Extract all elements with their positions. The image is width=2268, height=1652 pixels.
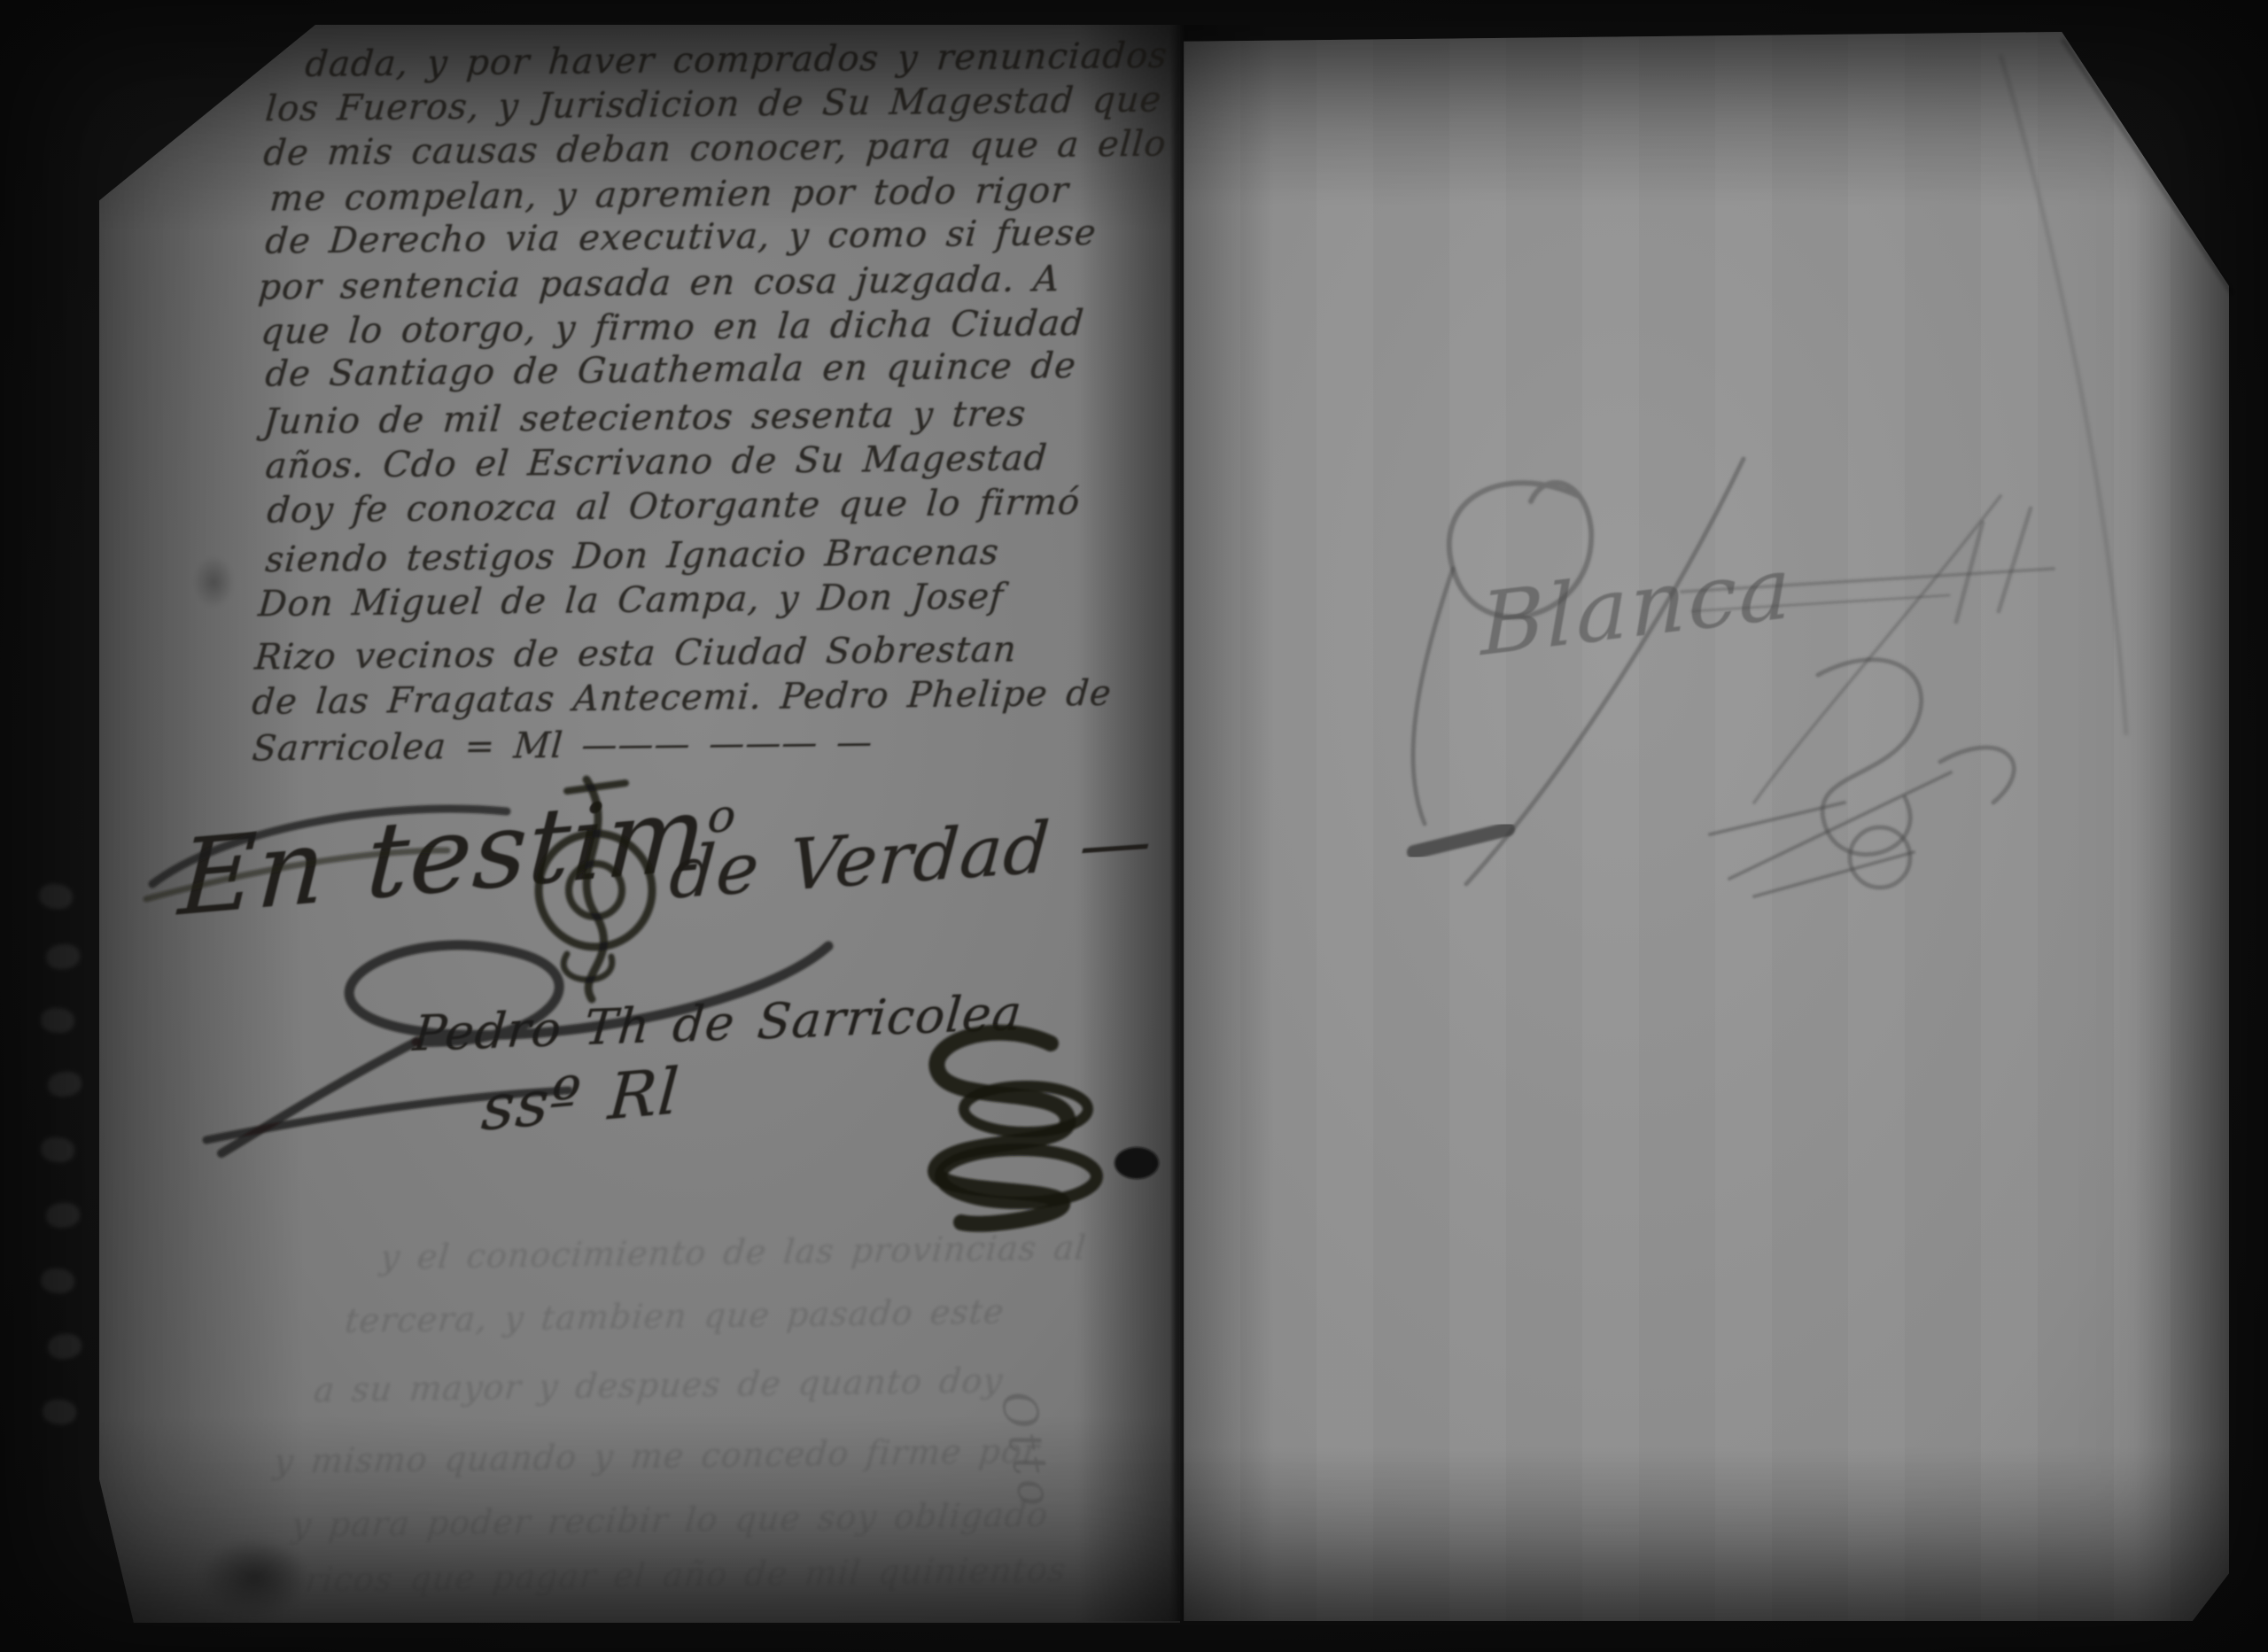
- right-page: [1184, 32, 2229, 1621]
- film-edge-marking: [42, 1398, 77, 1425]
- film-edge-marking: [45, 942, 82, 971]
- film-edge-marking: [46, 1332, 82, 1361]
- manuscript-line: Sarricolea = Ml ——— ——— —: [251, 725, 874, 766]
- manuscript-line: de las Fragatas Antecemi. Pedro Phelipe …: [251, 676, 1113, 720]
- manuscript-line: que lo otorgo, y firmo en la dicha Ciuda…: [260, 306, 1085, 350]
- manuscript-line: de Santiago de Guathemala en quince de: [264, 348, 1077, 392]
- manuscript-line: siendo testigos Don Ignacio Bracenas: [264, 535, 1000, 578]
- microfilm-frame: dada, y por haver comprados y renunciado…: [0, 0, 2268, 1652]
- film-edge-marking: [46, 1069, 83, 1098]
- manuscript-line: los Fueros, y Jurisdicion de Su Magestad…: [264, 82, 1163, 128]
- manuscript-line: de Derecho via executiva, y como si fues…: [264, 215, 1098, 260]
- bottom-smudge: [202, 1541, 307, 1614]
- page-stain: [193, 556, 234, 608]
- manuscript-line: años. Cdo el Escrivano de Su Magestad: [264, 440, 1049, 484]
- manuscript-line: de mis causas deban conocer, para que a …: [262, 127, 1168, 172]
- gutter-line: [1169, 25, 1185, 1621]
- manuscript-line: dada, y por haver comprados y renunciado…: [304, 38, 1169, 82]
- manuscript-line: Don Miguel de la Campa, y Don Josef: [257, 579, 1005, 623]
- film-edge-marking: [45, 1201, 81, 1229]
- manuscript-line: por sentencia pasada en cosa juzgada. A: [257, 261, 1061, 305]
- film-edge-marking: [40, 1267, 76, 1295]
- manuscript-line: doy fe conozca al Otorgante que lo firmó: [266, 485, 1082, 529]
- signature-title-abbrev: ssº Rl: [479, 1059, 681, 1140]
- film-edge-marking: [37, 881, 74, 911]
- manuscript-line: Rizo vecinos de esta Ciudad Sobrestan: [253, 632, 1018, 676]
- manuscript-line: me compelan, y apremien por todo rigor: [268, 173, 1070, 216]
- film-edge-marking: [40, 1006, 75, 1034]
- film-edge-marking: [39, 1136, 75, 1164]
- manuscript-line: Junio de mil setecientos sesenta y tres: [262, 396, 1028, 439]
